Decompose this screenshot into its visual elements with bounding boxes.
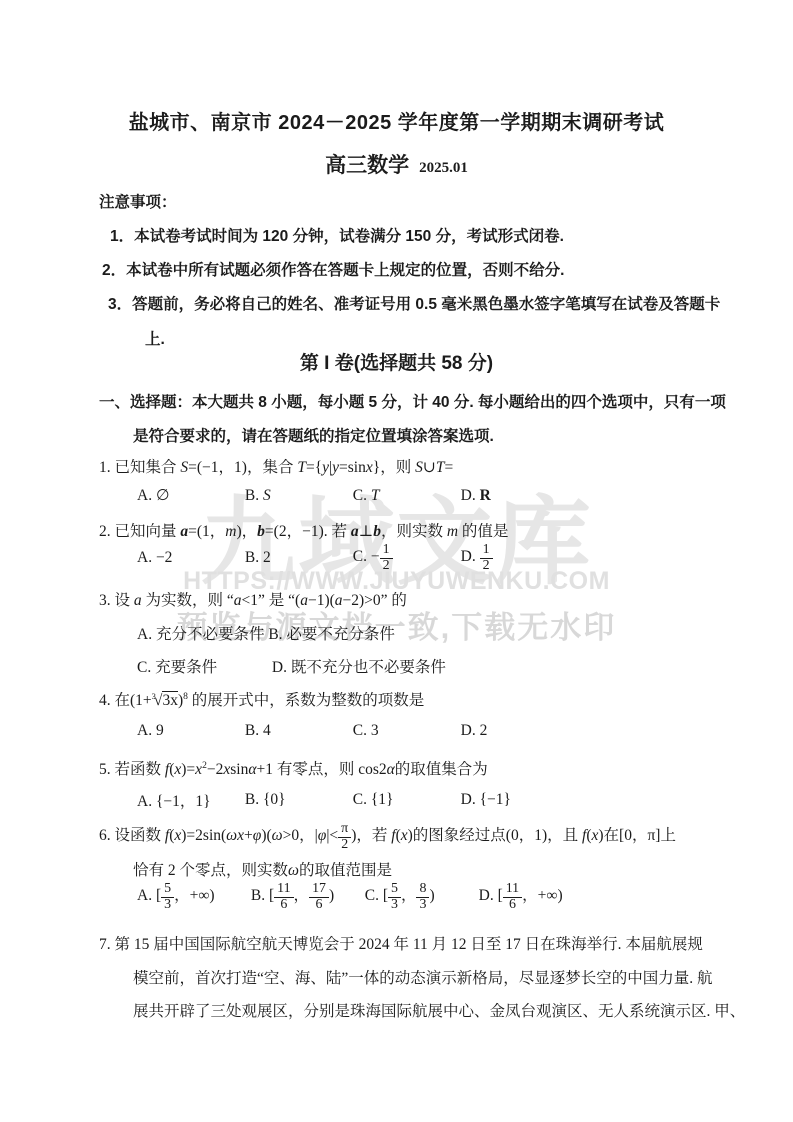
- q2-option-d: D. 12: [461, 543, 565, 573]
- exam-date: 2025.01: [419, 160, 468, 176]
- notice-item-3-cont: 上.: [145, 327, 165, 349]
- exam-paper-page: 九域文库 HTTPS://WWW.JIUYUWENKU.COM 预览与源文档一致…: [0, 0, 793, 1122]
- q1-option-d: D. R: [461, 487, 565, 505]
- question-3-options-row2: C. 充要条件 D. 既不充分也不必要条件: [137, 655, 446, 677]
- question-5-options: A. {−1，1} B. {0} C. {1} D. {−1}: [137, 789, 565, 811]
- q4-option-c: C. 3: [353, 722, 457, 740]
- q1-option-b: B. S: [245, 487, 349, 505]
- question-4-options: A. 9 B. 4 C. 3 D. 2: [137, 722, 565, 740]
- question-7-line3: 展共开辟了三处观展区，分别是珠海国际航展中心、金凤台观演区、无人系统演示区. 甲…: [133, 999, 745, 1021]
- section1-title: 第 I 卷(选择题共 58 分): [0, 348, 793, 375]
- q2-option-a: A. −2: [137, 549, 241, 567]
- question-6-options: A. [53，+∞) B. [116，176) C. [53，83) D. [1…: [137, 882, 589, 912]
- q6-option-d: D. [116，+∞): [479, 882, 589, 912]
- q3-option-d: D. 既不充分也不必要条件: [272, 659, 446, 676]
- q4-option-a: A. 9: [137, 722, 241, 740]
- q5-option-d: D. {−1}: [461, 791, 565, 809]
- question-3-stem: 3. 设 a 为实数，则 “a<1” 是 “(a−1)(a−2)>0” 的: [99, 588, 407, 610]
- q6-option-a: A. [53，+∞): [137, 882, 247, 912]
- q3-option-b: B. 必要不充分条件: [268, 626, 395, 643]
- section1-instruction-line2: 是符合要求的，请在答题纸的指定位置填涂答案选项.: [133, 424, 494, 446]
- question-2-stem: 2. 已知向量 a=(1，m)，b=(2，−1). 若 a⊥b，则实数 m 的值…: [99, 519, 508, 541]
- q2-option-b: B. 2: [245, 549, 349, 567]
- q1-option-c: C. T: [353, 487, 457, 505]
- q1-option-a: A. ∅: [137, 486, 241, 505]
- notice-item-2: 2．本试卷中所有试题必须作答在答题卡上规定的位置，否则不给分.: [102, 258, 564, 280]
- question-3-options-row1: A. 充分不必要条件 B. 必要不充分条件: [137, 622, 395, 644]
- notice-item-3: 3．答题前，务必将自己的姓名、准考证号用 0.5 毫米黑色墨水签字笔填写在试卷及…: [108, 292, 720, 314]
- q3-option-c: C. 充要条件: [137, 655, 268, 677]
- question-2-options: A. −2 B. 2 C. −12 D. 12: [137, 543, 565, 573]
- question-6-stem-line1: 6. 设函数 f(x)=2sin(ωx+φ)(ω>0，|φ|<π2)，若 f(x…: [99, 822, 676, 852]
- question-6-stem-line2: 恰有 2 个零点，则实数ω的取值范围是: [133, 858, 392, 880]
- notice-item-1: 1．本试卷考试时间为 120 分钟，试卷满分 150 分，考试形式闭卷.: [110, 224, 564, 246]
- q2-option-c: C. −12: [353, 543, 457, 573]
- question-7-line2: 模空前，首次打造“空、海、陆”一体的动态演示新格局，尽显逐梦长空的中国力量. 航: [133, 966, 713, 988]
- q4-option-b: B. 4: [245, 722, 349, 740]
- question-7-line1: 7. 第 15 届中国国际航空航天博览会于 2024 年 11 月 12 日至 …: [99, 932, 703, 954]
- q6-option-b: B. [116，176): [251, 882, 361, 912]
- q6-option-c: C. [53，83): [365, 882, 475, 912]
- question-1-stem: 1. 已知集合 S=(−1，1)，集合 T={y|y=sinx}，则 S∪T=: [99, 455, 453, 477]
- exam-title: 盐城市、南京市 2024－2025 学年度第一学期期末调研考试: [0, 106, 793, 135]
- q3-option-a: A. 充分不必要条件: [137, 622, 264, 644]
- q5-option-c: C. {1}: [353, 791, 457, 809]
- q5-option-b: B. {0}: [245, 791, 349, 809]
- question-1-options: A. ∅ B. S C. T D. R: [137, 486, 565, 505]
- q4-option-d: D. 2: [461, 722, 565, 740]
- section1-instruction-line1: 一、选择题：本大题共 8 小题，每小题 5 分，计 40 分. 每小题给出的四个…: [99, 390, 726, 412]
- question-4-stem: 4. 在(1+3√3x)8 的展开式中，系数为整数的项数是: [99, 688, 424, 710]
- exam-subject: 高三数学: [325, 154, 409, 177]
- notices-heading: 注意事项：: [99, 190, 177, 212]
- q5-option-a: A. {−1，1}: [137, 789, 241, 811]
- question-5-stem: 5. 若函数 f(x)=x2−2xsinα+1 有零点，则 cos2α的取值集合…: [99, 757, 488, 779]
- exam-subtitle: 高三数学2025.01: [0, 149, 793, 179]
